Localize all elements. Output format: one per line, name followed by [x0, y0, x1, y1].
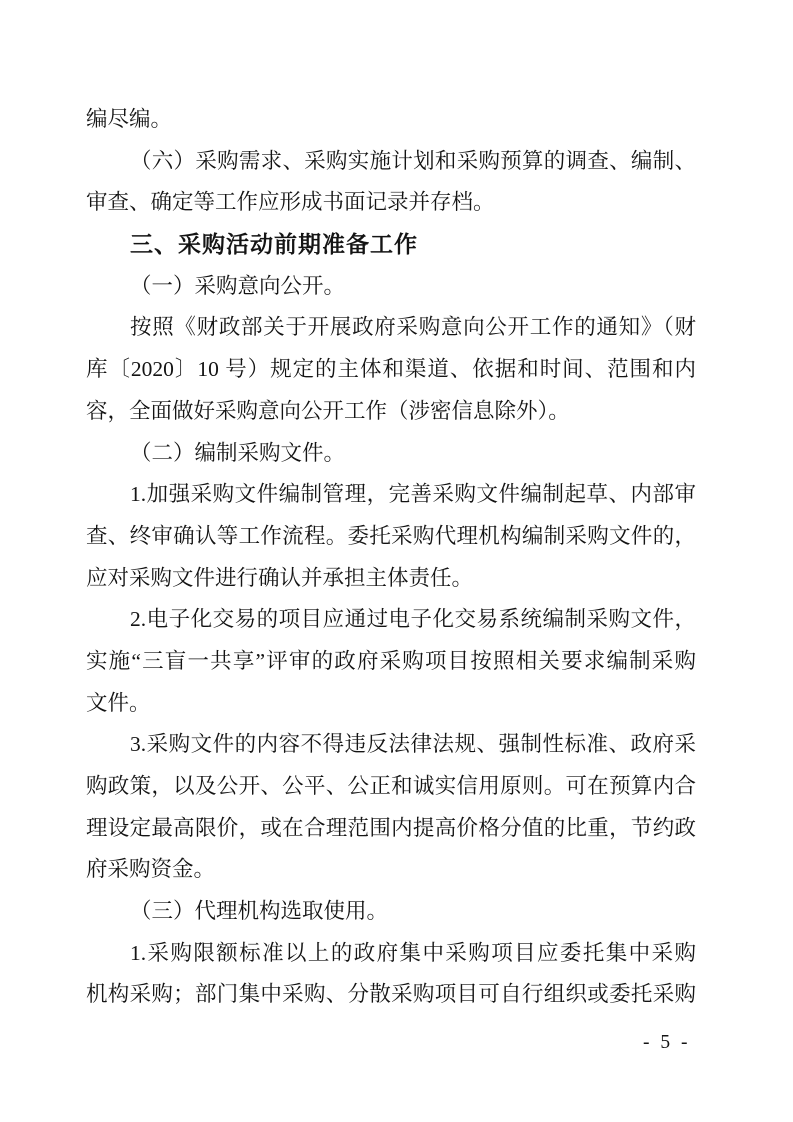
text-line: 1.采购限额标准以上的政府集中采购项目应委托集中采购 [86, 933, 696, 975]
text-line: （一）采购意向公开。 [86, 266, 696, 308]
section-heading: 三、采购活动前期准备工作 [86, 224, 696, 266]
text-line: （三）代理机构选取使用。 [86, 891, 696, 933]
text-line: （二）编制采购文件。 [86, 433, 696, 475]
text-line: 购政策，以及公开、公平、公正和诚实信用原则。可在预算内合 [86, 766, 696, 808]
text-line: 2.电子化交易的项目应通过电子化交易系统编制采购文件， [86, 599, 696, 641]
text-line: 3.采购文件的内容不得违反法律法规、强制性标准、政府采 [86, 724, 696, 766]
text-line: 容，全面做好采购意向公开工作（涉密信息除外）。 [86, 391, 696, 433]
text-line: 1.加强采购文件编制管理，完善采购文件编制起草、内部审 [86, 474, 696, 516]
text-line: 应对采购文件进行确认并承担主体责任。 [86, 558, 696, 600]
text-line: 府采购资金。 [86, 849, 696, 891]
page-number: - 5 - [643, 1029, 691, 1057]
text-line: 文件。 [86, 683, 696, 725]
text-line: 按照《财政部关于开展政府采购意向公开工作的通知》（财 [86, 307, 696, 349]
text-line: 审查、确定等工作应形成书面记录并存档。 [86, 182, 696, 224]
text-line: 查、终审确认等工作流程。委托采购代理机构编制采购文件的， [86, 516, 696, 558]
text-line: 编尽编。 [86, 99, 696, 141]
text-line: 库〔2020〕10 号）规定的主体和渠道、依据和时间、范围和内 [86, 349, 696, 391]
text-line: （六）采购需求、采购实施计划和采购预算的调查、编制、 [86, 141, 696, 183]
text-line: 机构采购；部门集中采购、分散采购项目可自行组织或委托采购 [86, 974, 696, 1016]
text-line: 理设定最高限价，或在合理范围内提高价格分值的比重，节约政 [86, 808, 696, 850]
document-body: 编尽编。 （六）采购需求、采购实施计划和采购预算的调查、编制、 审查、确定等工作… [86, 99, 696, 1016]
document-page: 编尽编。 （六）采购需求、采购实施计划和采购预算的调查、编制、 审查、确定等工作… [0, 0, 793, 1122]
text-line: 实施“三盲一共享”评审的政府采购项目按照相关要求编制采购 [86, 641, 696, 683]
